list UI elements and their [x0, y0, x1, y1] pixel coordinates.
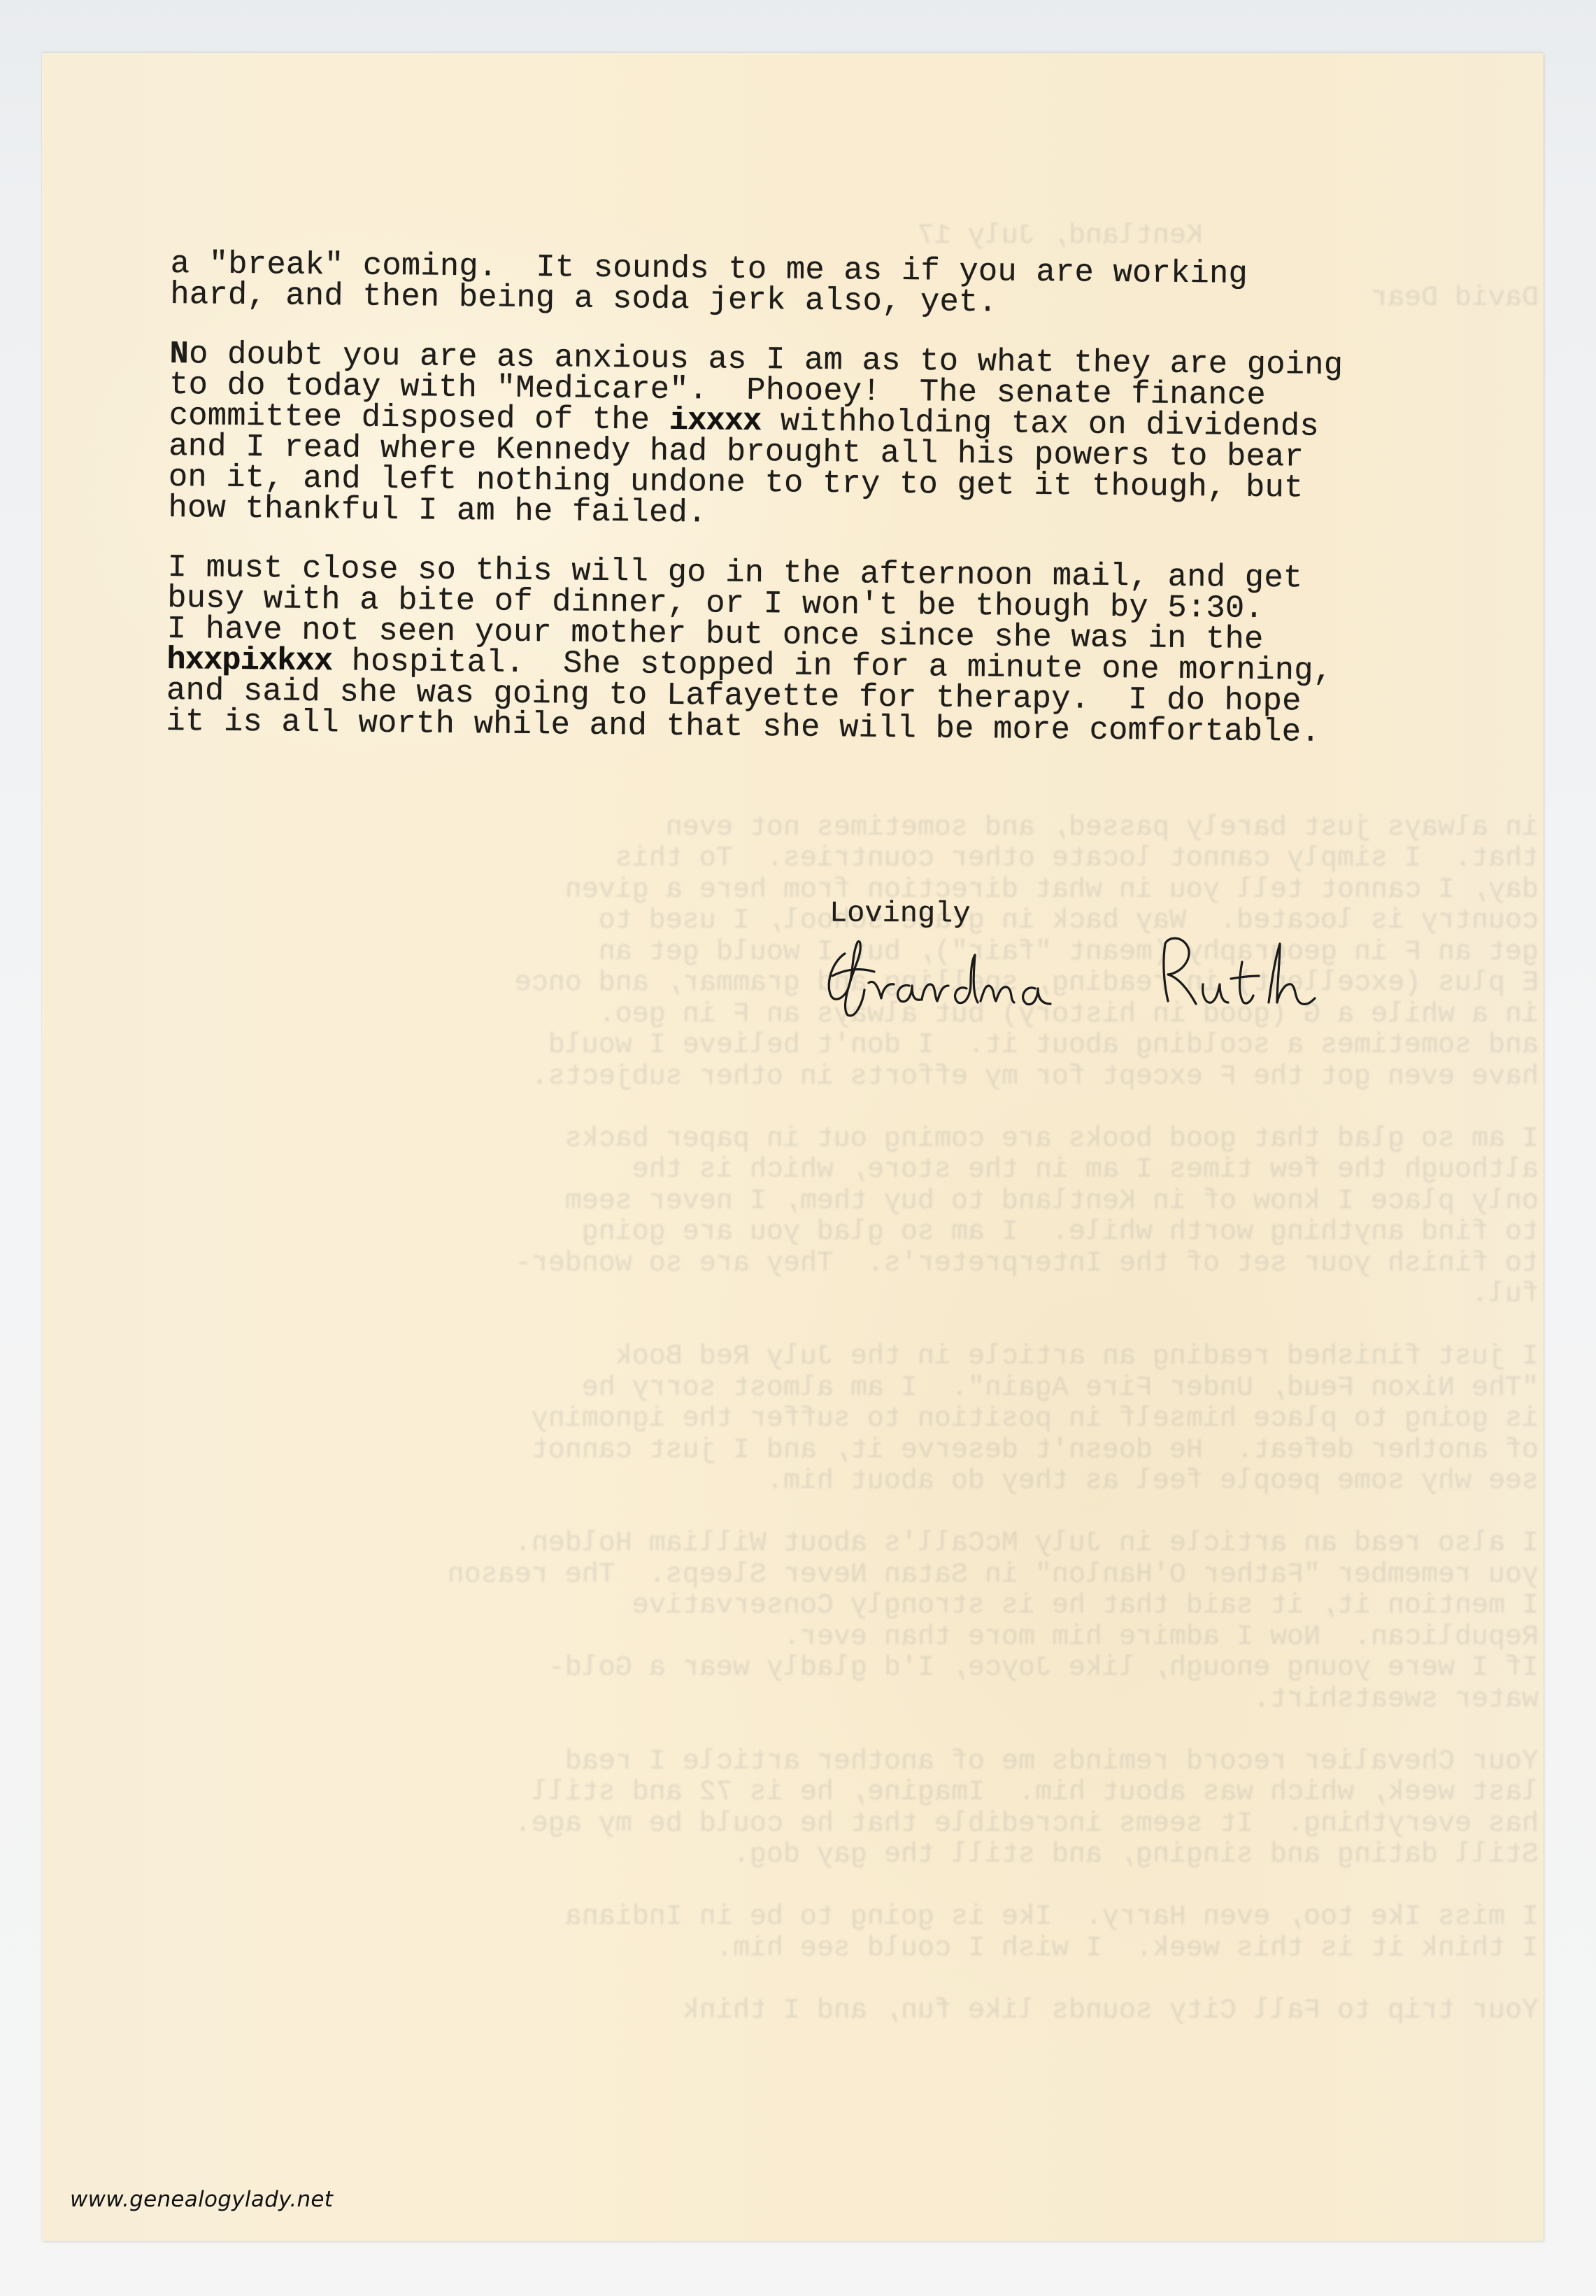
- bleed-line: [210, 1964, 1539, 1996]
- paragraph: a "break" coming. It sounds to me as if …: [170, 248, 1499, 323]
- bleed-line: I think it is this week. I wish I could …: [210, 1934, 1539, 1965]
- bleed-line: I mention it, it said that he is strongl…: [210, 1591, 1539, 1622]
- bleed-line: that. I simply cannot locate other count…: [210, 844, 1539, 875]
- bleed-line: see why some people feel as they do abou…: [210, 1466, 1539, 1498]
- bleed-line: you remember "Father O'Hanlon" in Satan …: [210, 1560, 1539, 1592]
- bleed-line: Still dating and singing, and still the …: [210, 1840, 1539, 1871]
- bleed-line: [210, 1715, 1539, 1747]
- bleed-line: Your trip to Fall City sounds like fun, …: [210, 1996, 1539, 2027]
- closing-salutation: Lovingly: [829, 896, 971, 930]
- signature-scribble-icon: [804, 934, 1406, 1018]
- bleed-line: water sweatshirt.: [210, 1685, 1539, 1716]
- bleed-line: If I were young enough, like Joyce, I'd …: [210, 1653, 1539, 1685]
- bleed-line: I am so glad that good books are coming …: [210, 1124, 1539, 1156]
- text-run: hard, and then being a soda jerk also, y…: [170, 276, 997, 320]
- bleed-line: last week, which was about him. Imagine,…: [210, 1778, 1539, 1809]
- bleed-line: only place I know of in Kentland to buy …: [210, 1186, 1539, 1218]
- bleed-line: to find anything worth while. I am so gl…: [210, 1217, 1539, 1249]
- bleed-line: and sometimes a scolding about it. I don…: [210, 1030, 1539, 1062]
- bleed-line: [210, 1093, 1539, 1124]
- watermark: www.genealogylady.net: [70, 2187, 333, 2212]
- bleed-line: ful.: [210, 1280, 1539, 1311]
- bleed-line: I also read an article in July McCall's …: [210, 1529, 1539, 1560]
- bleed-line: is going to place himself in position to…: [210, 1404, 1539, 1436]
- paragraph: No doubt you are as anxious as I am as t…: [168, 339, 1498, 536]
- bleed-line: I miss Ike too, even Harry. Ike is going…: [210, 1902, 1539, 1934]
- bleed-line: to finish your set of the Interpreter's.…: [210, 1249, 1539, 1280]
- bleed-line: although the few times I am in the store…: [210, 1155, 1539, 1186]
- bleed-line: [210, 1311, 1539, 1342]
- signature-text: Grandma Ruth: [804, 934, 805, 935]
- bleed-line: in always just barely passed, and someti…: [210, 813, 1539, 844]
- bleed-line: Your Chevalier record reminds me of anot…: [210, 1747, 1539, 1778]
- bleed-line: of another defeat. He doesn't deserve it…: [210, 1436, 1539, 1467]
- bleed-line: I just finished reading an article in th…: [210, 1342, 1539, 1373]
- bleed-line: has everything. It seems incredible that…: [210, 1809, 1539, 1841]
- bleed-line: [210, 1871, 1539, 1903]
- paragraph: I must close so this will go in the afte…: [166, 552, 1496, 749]
- bleed-line: [210, 781, 1539, 813]
- letter-body: a "break" coming. It sounds to me as if …: [166, 248, 1499, 749]
- bleed-line: have even got the F except for my effort…: [210, 1062, 1539, 1093]
- handwritten-signature: Grandma Ruth: [804, 934, 1406, 1018]
- bleed-line: Republican. Now I admire him more than e…: [210, 1622, 1539, 1654]
- text-run: how thankful I am he failed.: [168, 490, 707, 531]
- bleed-line: [210, 751, 1539, 782]
- bleed-line: [210, 1498, 1539, 1529]
- bleed-line: "The Nixon Feud, Under Fire Again". I am…: [210, 1373, 1539, 1405]
